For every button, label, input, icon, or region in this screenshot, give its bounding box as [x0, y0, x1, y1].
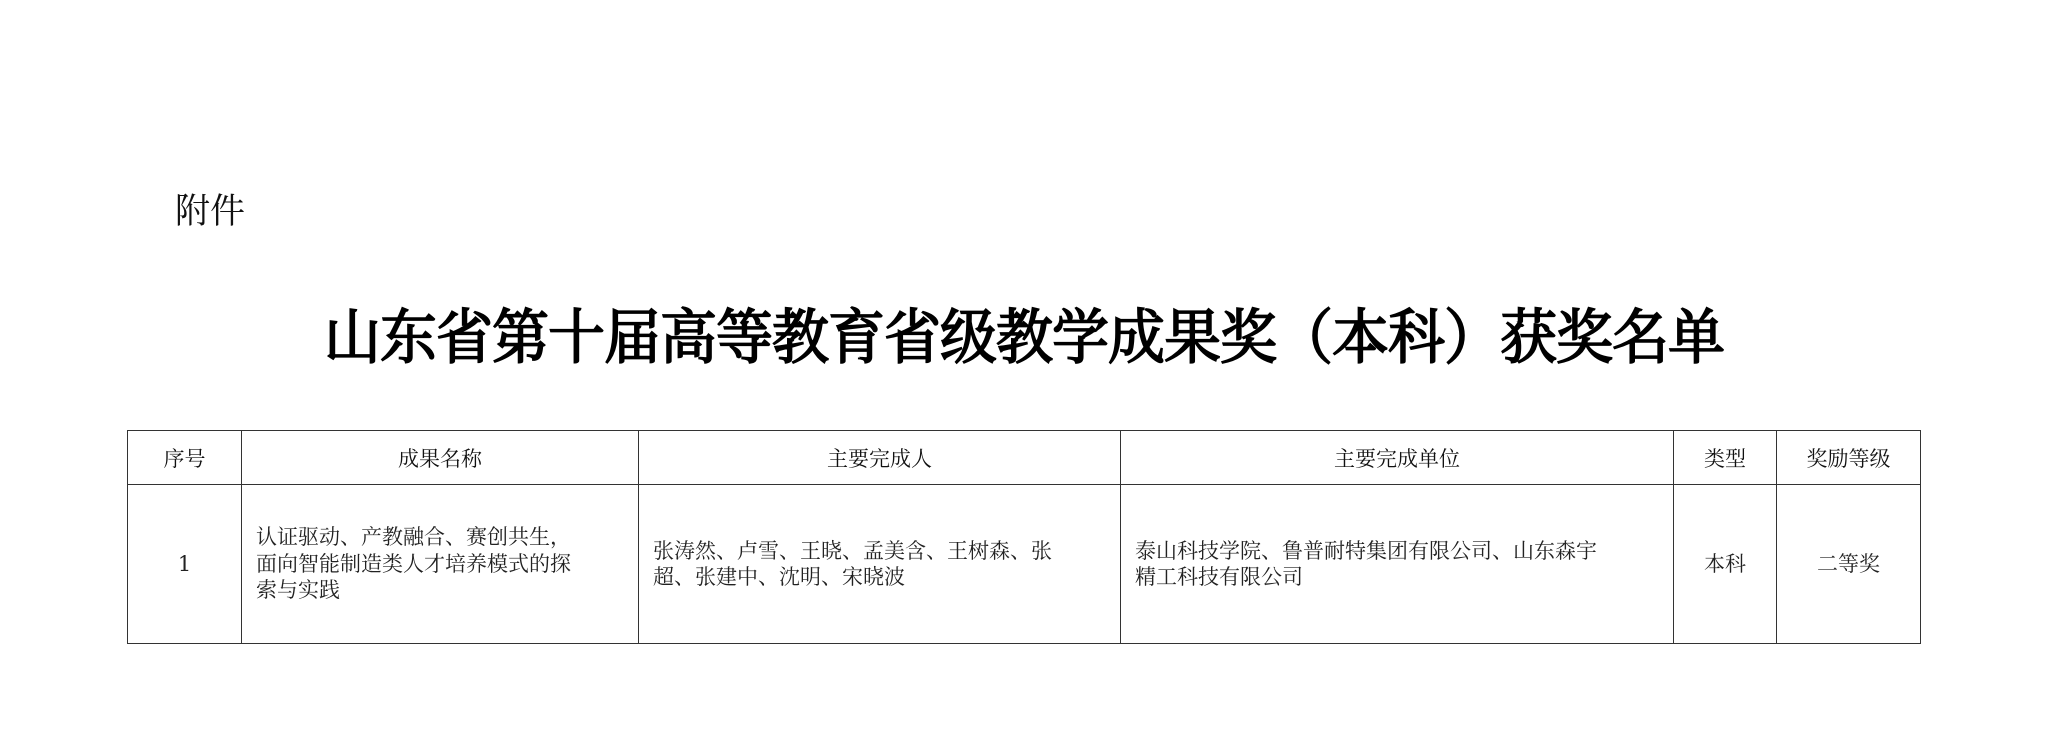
award-list-table: 序号 成果名称 主要完成人 主要完成单位 类型 奖励等级 1 认证驱动、产教融合…: [127, 430, 1921, 644]
units-line: 精工科技有限公司: [1135, 564, 1665, 591]
achievement-name-line: 索与实践: [256, 577, 630, 604]
column-header-main-contributors: 主要完成人: [639, 431, 1121, 485]
table-row: 1 认证驱动、产教融合、赛创共生， 面向智能制造类人才培养模式的探 索与实践 张…: [128, 485, 1921, 644]
column-header-award-level: 奖励等级: [1777, 431, 1921, 485]
contributors-line: 张涛然、卢雪、王晓、孟美含、王树森、张: [653, 538, 1112, 565]
cell-index: 1: [128, 485, 242, 644]
cell-type: 本科: [1674, 485, 1777, 644]
column-header-type: 类型: [1674, 431, 1777, 485]
achievement-name-line: 认证驱动、产教融合、赛创共生，: [256, 524, 630, 551]
column-header-main-units: 主要完成单位: [1121, 431, 1674, 485]
attachment-label: 附件: [175, 190, 245, 234]
achievement-name-line: 面向智能制造类人才培养模式的探: [256, 551, 630, 578]
contributors-line: 超、张建中、沈明、宋晓波: [653, 564, 1112, 591]
page-title: 山东省第十届高等教育省级教学成果奖（本科）获奖名单: [0, 298, 2048, 378]
cell-achievement-name: 认证驱动、产教融合、赛创共生， 面向智能制造类人才培养模式的探 索与实践: [242, 485, 639, 644]
units-line: 泰山科技学院、鲁普耐特集团有限公司、山东森宇: [1135, 538, 1665, 565]
cell-award-level: 二等奖: [1777, 485, 1921, 644]
cell-main-units: 泰山科技学院、鲁普耐特集团有限公司、山东森宇 精工科技有限公司: [1121, 485, 1674, 644]
cell-main-contributors: 张涛然、卢雪、王晓、孟美含、王树森、张 超、张建中、沈明、宋晓波: [639, 485, 1121, 644]
column-header-index: 序号: [128, 431, 242, 485]
column-header-achievement-name: 成果名称: [242, 431, 639, 485]
table-header-row: 序号 成果名称 主要完成人 主要完成单位 类型 奖励等级: [128, 431, 1921, 485]
